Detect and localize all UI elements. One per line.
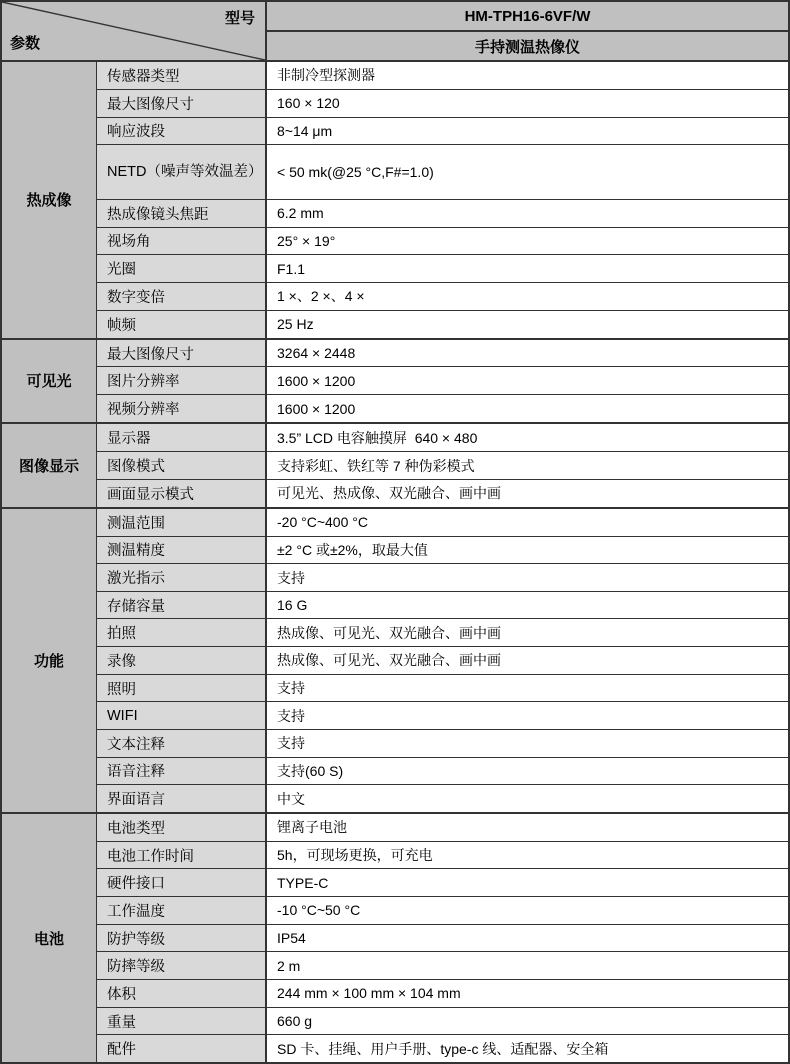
spec-row: 重量660 g [97,1007,788,1035]
spec-row: 拍照热成像、可见光、双光融合、画中画 [97,618,788,646]
param-value: 支持 [267,564,788,591]
param-value: 2 m [267,952,788,979]
param-label: 视场角 [97,228,267,255]
param-value: IP54 [267,925,788,952]
param-value: 中文 [267,785,788,812]
param-value: 支持 [267,675,788,702]
spec-row: WIFI支持 [97,701,788,729]
param-value: 热成像、可见光、双光融合、画中画 [267,619,788,646]
category-cell: 功能 [2,509,97,812]
param-value: 8~14 μm [267,118,788,145]
param-label: 工作温度 [97,897,267,924]
param-label: 测温范围 [97,509,267,536]
product-name: 手持测温热像仪 [267,30,788,60]
param-value: 25 Hz [267,311,788,338]
spec-row: 文本注释支持 [97,729,788,757]
param-value: 6.2 mm [267,200,788,227]
param-label: 拍照 [97,619,267,646]
spec-row: 热成像镜头焦距6.2 mm [97,199,788,227]
corner-label-parameter: 参数 [10,32,40,53]
param-label: 图片分辨率 [97,367,267,394]
param-value: 热成像、可见光、双光融合、画中画 [267,647,788,674]
param-value: 非制冷型探测器 [267,62,788,89]
param-value: 1600 × 1200 [267,367,788,394]
spec-row: 最大图像尺寸3264 × 2448 [97,340,788,367]
param-label: 存储容量 [97,592,267,619]
corner-label-model: 型号 [225,7,255,28]
param-label: 数字变倍 [97,283,267,310]
spec-row: 光圈F1.1 [97,254,788,282]
spec-row: 显示器3.5” LCD 电容触摸屏 640 × 480 [97,424,788,451]
param-value: 5h，可现场更换，可充电 [267,842,788,869]
spec-row: 硬件接口TYPE-C [97,868,788,896]
spec-sheet: 型号 参数 HM-TPH16-6VF/W 手持测温热像仪 热成像传感器类型非制冷… [0,0,790,1064]
param-value: -10 °C~50 °C [267,897,788,924]
param-value: 160 × 120 [267,90,788,117]
spec-row: 体积244 mm × 100 mm × 104 mm [97,979,788,1007]
param-label: 画面显示模式 [97,480,267,507]
param-label: 重量 [97,1008,267,1035]
param-label: 语音注释 [97,758,267,785]
param-label: 热成像镜头焦距 [97,200,267,227]
category-cell: 可见光 [2,340,97,423]
spec-row: NETD（噪声等效温差）< 50 mk(@25 °C,F#=1.0) [97,144,788,199]
corner-cell: 型号 参数 [2,2,267,60]
param-label: 录像 [97,647,267,674]
param-label: 最大图像尺寸 [97,90,267,117]
section-rows: 电池类型锂离子电池电池工作时间5h，可现场更换，可充电硬件接口TYPE-C工作温… [97,814,788,1062]
spec-row: 存储容量16 G [97,591,788,619]
spec-row: 帧频25 Hz [97,310,788,338]
spec-table-body: 热成像传感器类型非制冷型探测器最大图像尺寸160 × 120响应波段8~14 μ… [2,62,788,1062]
param-value: 1 ×、2 ×、4 × [267,283,788,310]
category-cell: 电池 [2,814,97,1062]
param-value: 3264 × 2448 [267,340,788,367]
category-cell: 热成像 [2,62,97,338]
param-value: ±2 °C 或±2%，取最大值 [267,537,788,564]
param-label: 图像模式 [97,452,267,479]
section-2: 可见光最大图像尺寸3264 × 2448图片分辨率1600 × 1200视频分辨… [2,338,788,423]
spec-row: 画面显示模式可见光、热成像、双光融合、画中画 [97,479,788,507]
spec-row: 图片分辨率1600 × 1200 [97,366,788,394]
spec-row: 录像热成像、可见光、双光融合、画中画 [97,646,788,674]
param-value: 16 G [267,592,788,619]
spec-row: 电池类型锂离子电池 [97,814,788,841]
param-label: 防护等级 [97,925,267,952]
spec-row: 测温精度±2 °C 或±2%，取最大值 [97,536,788,564]
param-label: 帧频 [97,311,267,338]
spec-row: 照明支持 [97,674,788,702]
spec-row: 配件SD 卡、挂绳、用户手册、type-c 线、适配器、安全箱 [97,1034,788,1062]
header-right: HM-TPH16-6VF/W 手持测温热像仪 [267,2,788,60]
param-label: 激光指示 [97,564,267,591]
spec-row: 界面语言中文 [97,784,788,812]
spec-row: 工作温度-10 °C~50 °C [97,896,788,924]
section-rows: 测温范围-20 °C~400 °C测温精度±2 °C 或±2%，取最大值激光指示… [97,509,788,812]
section-3: 图像显示显示器3.5” LCD 电容触摸屏 640 × 480图像模式支持彩虹、… [2,422,788,507]
param-value: 锂离子电池 [267,814,788,841]
param-value: 支持 [267,730,788,757]
table-header: 型号 参数 HM-TPH16-6VF/W 手持测温热像仪 [2,2,788,62]
spec-row: 传感器类型非制冷型探测器 [97,62,788,89]
spec-row: 语音注释支持(60 S) [97,757,788,785]
category-cell: 图像显示 [2,424,97,507]
section-rows: 传感器类型非制冷型探测器最大图像尺寸160 × 120响应波段8~14 μmNE… [97,62,788,338]
spec-row: 视场角25° × 19° [97,227,788,255]
section-rows: 最大图像尺寸3264 × 2448图片分辨率1600 × 1200视频分辨率16… [97,340,788,423]
param-label: 硬件接口 [97,869,267,896]
spec-row: 电池工作时间5h，可现场更换，可充电 [97,841,788,869]
param-value: 3.5” LCD 电容触摸屏 640 × 480 [267,424,788,451]
section-rows: 显示器3.5” LCD 电容触摸屏 640 × 480图像模式支持彩虹、铁红等 … [97,424,788,507]
param-label: 文本注释 [97,730,267,757]
param-label: 电池工作时间 [97,842,267,869]
spec-row: 数字变倍1 ×、2 ×、4 × [97,282,788,310]
param-label: WIFI [97,702,267,729]
param-label: 光圈 [97,255,267,282]
param-label: 照明 [97,675,267,702]
spec-row: 防护等级IP54 [97,924,788,952]
param-value: 支持彩虹、铁红等 7 种伪彩模式 [267,452,788,479]
param-label: 电池类型 [97,814,267,841]
param-label: 体积 [97,980,267,1007]
param-value: 244 mm × 100 mm × 104 mm [267,980,788,1007]
spec-row: 防摔等级2 m [97,951,788,979]
param-value: SD 卡、挂绳、用户手册、type-c 线、适配器、安全箱 [267,1035,788,1062]
section-1: 热成像传感器类型非制冷型探测器最大图像尺寸160 × 120响应波段8~14 μ… [2,62,788,338]
spec-row: 视频分辨率1600 × 1200 [97,394,788,422]
spec-row: 激光指示支持 [97,563,788,591]
param-label: 最大图像尺寸 [97,340,267,367]
param-label: 界面语言 [97,785,267,812]
param-label: NETD（噪声等效温差） [97,145,267,199]
param-label: 视频分辨率 [97,395,267,422]
param-value: -20 °C~400 °C [267,509,788,536]
param-value: 可见光、热成像、双光融合、画中画 [267,480,788,507]
spec-row: 测温范围-20 °C~400 °C [97,509,788,536]
param-label: 传感器类型 [97,62,267,89]
model-number: HM-TPH16-6VF/W [267,2,788,30]
spec-row: 响应波段8~14 μm [97,117,788,145]
param-value: 25° × 19° [267,228,788,255]
param-value: < 50 mk(@25 °C,F#=1.0) [267,145,788,199]
param-value: 支持 [267,702,788,729]
param-label: 测温精度 [97,537,267,564]
spec-row: 最大图像尺寸160 × 120 [97,89,788,117]
param-label: 显示器 [97,424,267,451]
param-value: F1.1 [267,255,788,282]
param-value: TYPE-C [267,869,788,896]
param-label: 防摔等级 [97,952,267,979]
param-value: 支持(60 S) [267,758,788,785]
section-5: 电池电池类型锂离子电池电池工作时间5h，可现场更换，可充电硬件接口TYPE-C工… [2,812,788,1062]
param-value: 660 g [267,1008,788,1035]
spec-row: 图像模式支持彩虹、铁红等 7 种伪彩模式 [97,451,788,479]
param-label: 配件 [97,1035,267,1062]
param-value: 1600 × 1200 [267,395,788,422]
param-label: 响应波段 [97,118,267,145]
section-4: 功能测温范围-20 °C~400 °C测温精度±2 °C 或±2%，取最大值激光… [2,507,788,812]
